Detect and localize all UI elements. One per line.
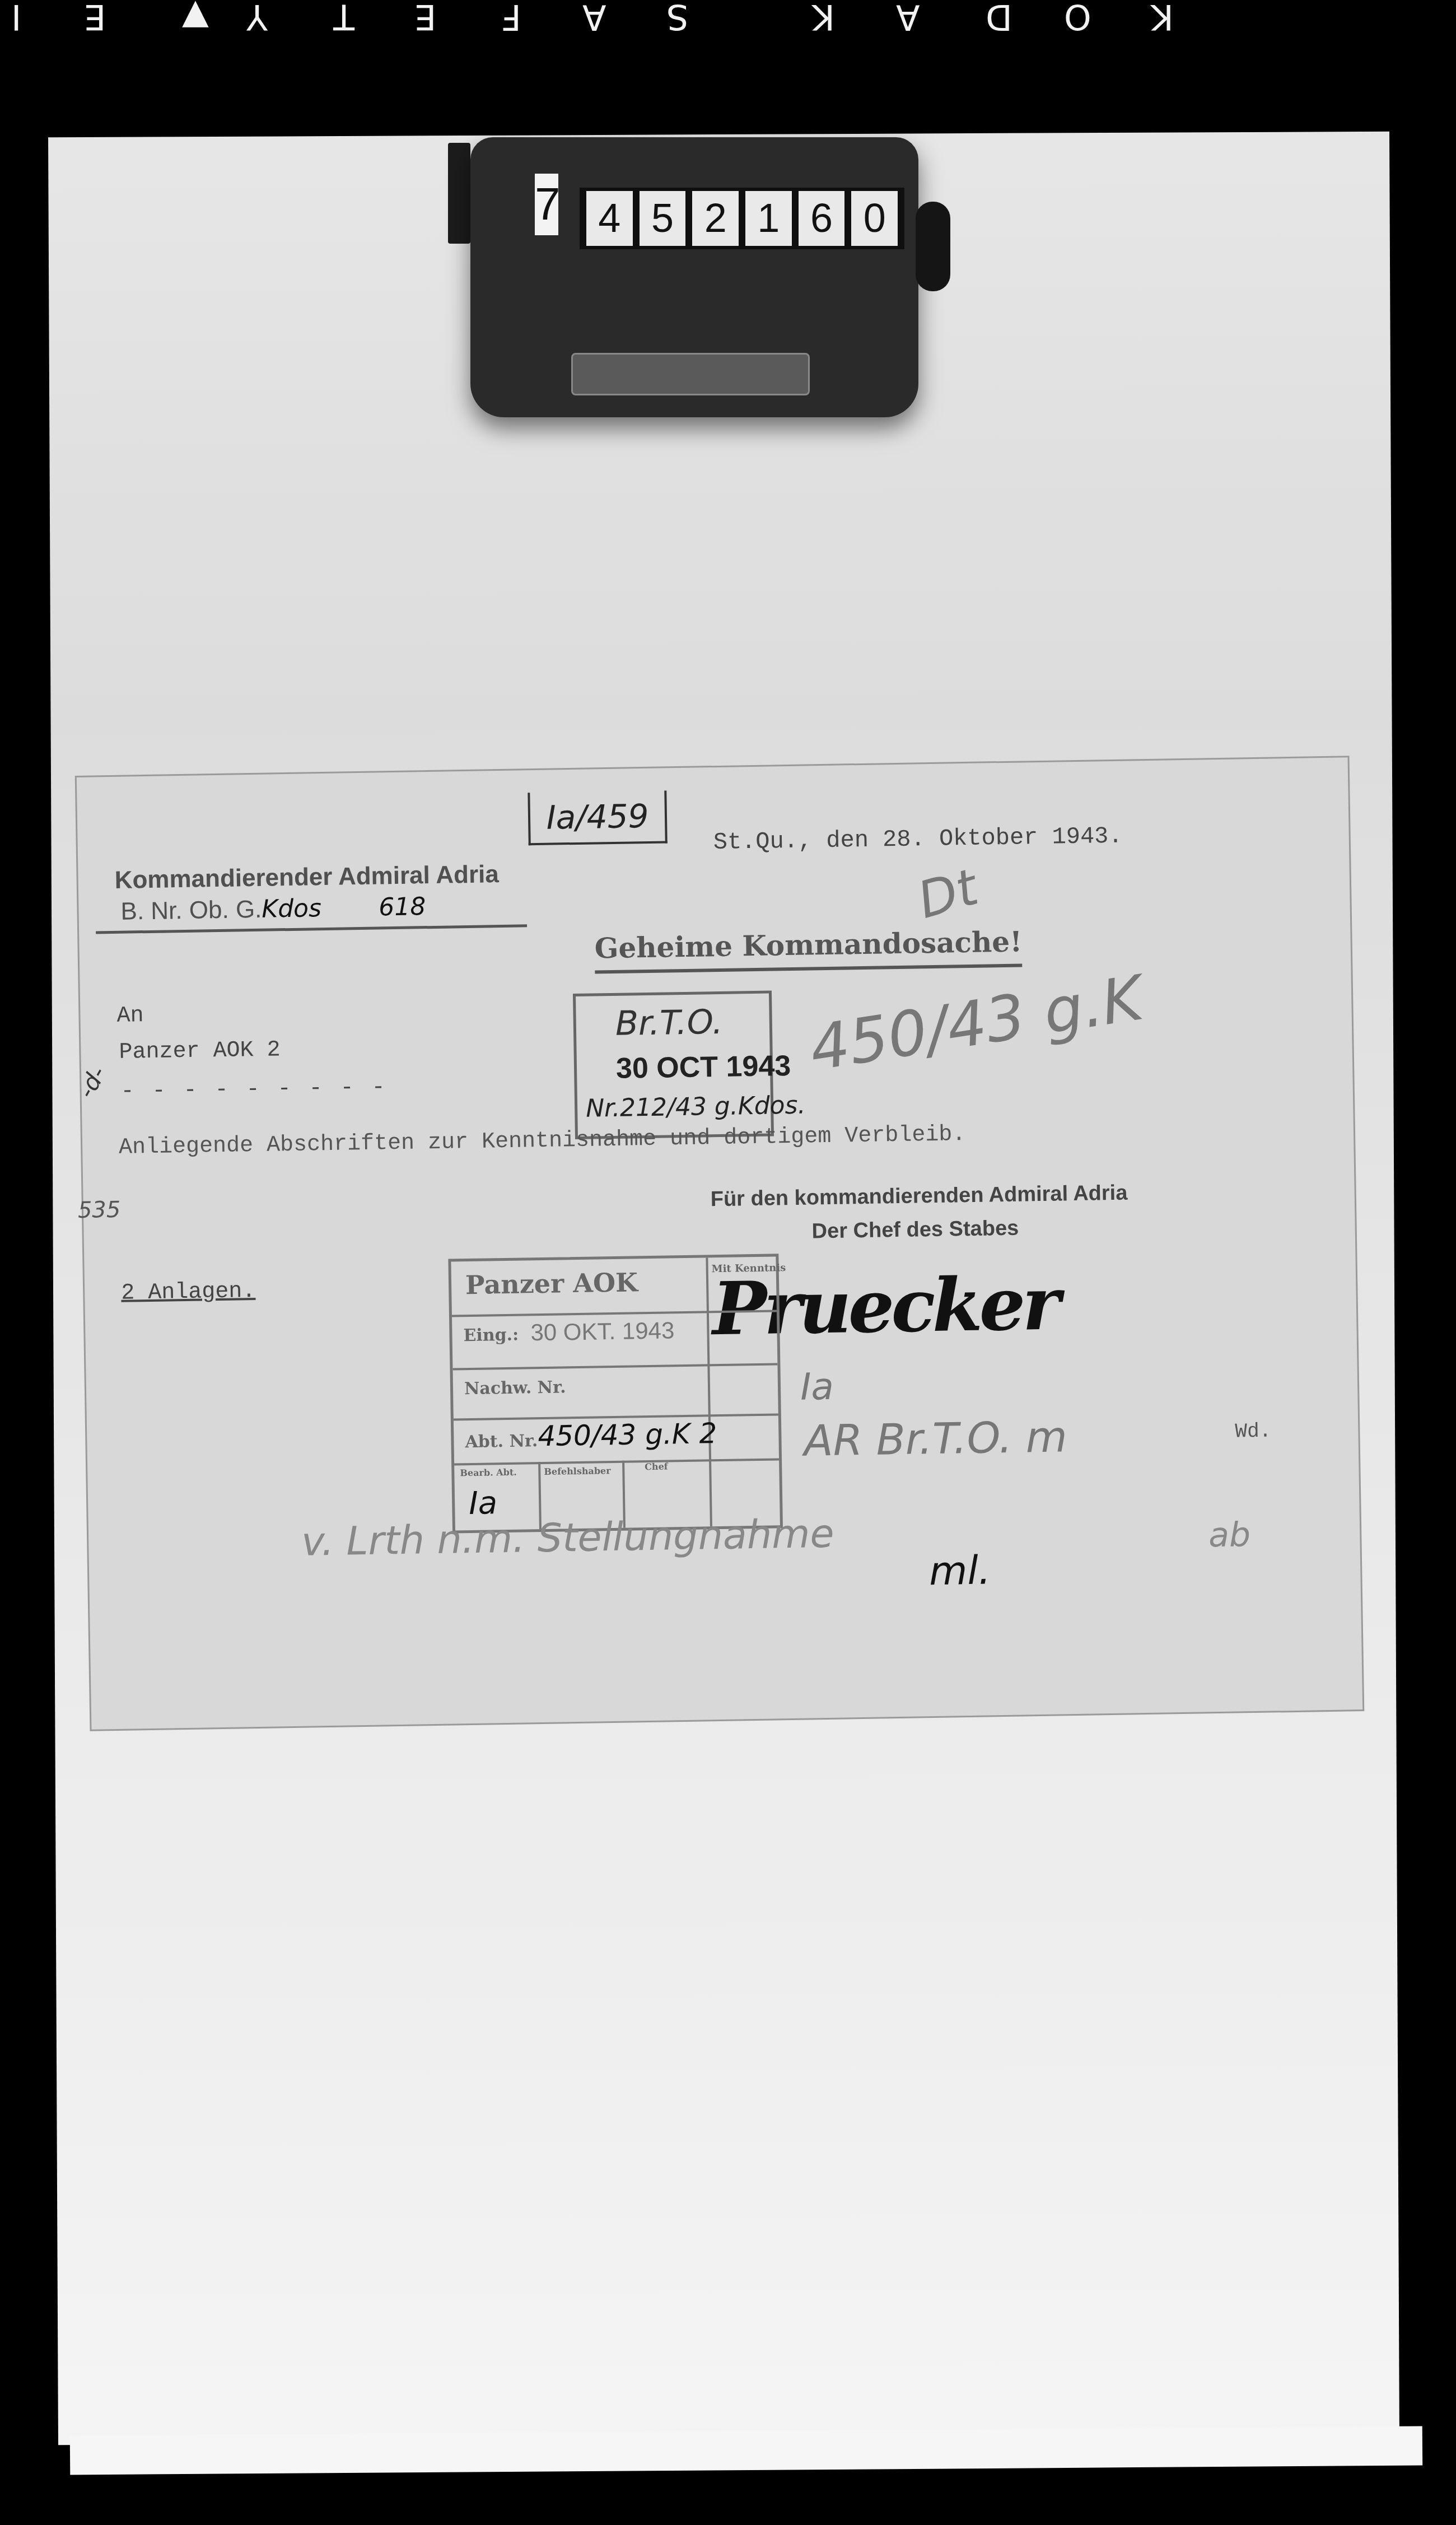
- film-edge-glyph: S: [666, 0, 688, 38]
- counter-digit: 1: [745, 191, 792, 246]
- reference-handwritten: Kdos: [262, 894, 321, 924]
- counter-nameplate: [571, 353, 810, 395]
- film-edge-glyph: E: [84, 0, 106, 38]
- annotation-bottom-initial: ml.: [929, 1547, 991, 1594]
- header-rule: [96, 924, 527, 934]
- recipient-separator: - - - - - - - - -: [120, 1075, 388, 1104]
- receipt-stamp-date: 30 OCT 1943: [616, 1049, 791, 1086]
- film-edge-glyph: I: [11, 0, 21, 38]
- column-header-chef: Chef: [645, 1461, 668, 1473]
- counter-digit: 5: [640, 191, 686, 246]
- enclosures-line: 2 Anlagen.: [121, 1279, 256, 1306]
- film-edge-glyph: A: [896, 0, 920, 38]
- place-date: St.Qu., den 28. Oktober 1943.: [713, 823, 1123, 856]
- counter-digit-window: 4 5 2 1 6 0: [580, 188, 904, 249]
- abt-value: 450/43 g.K 2: [538, 1417, 717, 1452]
- annotation-route: AR Br.T.O. m: [804, 1411, 1068, 1465]
- film-edge-glyph: T: [333, 0, 354, 38]
- recipient-label: An: [116, 1003, 144, 1029]
- entry-date-value: 30 OKT. 1943: [530, 1317, 675, 1346]
- entry-date-label: Eing.:: [463, 1325, 519, 1346]
- annotation-bottom-right: ab: [1208, 1515, 1251, 1555]
- film-edge-glyph: K: [812, 0, 835, 38]
- film-edge-glyph: ▼: [182, 0, 209, 38]
- letter-body: Anliegende Abschriften zur Kenntnisnahme…: [119, 1122, 966, 1161]
- counter-digit: 6: [799, 191, 845, 246]
- film-edge-glyph: O: [1064, 0, 1091, 38]
- column-header-befehlshaber: Befehlshaber: [544, 1465, 611, 1477]
- stamp-row-line: [454, 1458, 779, 1465]
- counter-digit: 2: [692, 191, 739, 246]
- film-edge-glyph: D: [986, 0, 1012, 38]
- film-edge-glyph: A: [582, 0, 606, 38]
- reference-number: 618: [379, 892, 426, 921]
- film-edge-glyph: Y: [246, 0, 268, 38]
- counter-prefix-card: 7: [535, 174, 558, 235]
- reference-label: B. Nr. Ob. G.: [120, 896, 262, 925]
- handwritten-reference: 450/43 g.K: [805, 962, 1147, 1084]
- film-edge-marking: I E ▼ Y T E F A S K A D O K: [0, 0, 1456, 67]
- counter-digit: 0: [851, 191, 898, 246]
- nachw-label: Nachw. Nr.: [464, 1377, 566, 1399]
- film-edge-glyph: K: [1151, 0, 1174, 38]
- annotation-bottom-note: v. Lrth n.m. Stellungnahme: [301, 1511, 834, 1565]
- entry-stamp: Panzer AOK Mit Kenntnis Eing.: 30 OKT. 1…: [448, 1254, 783, 1533]
- entry-stamp-title: Panzer AOK: [465, 1267, 638, 1300]
- film-edge-glyph: F: [501, 0, 521, 38]
- classification-heading: Geheime Kommandosache!: [594, 925, 1023, 973]
- counter-digit: 4: [586, 191, 633, 246]
- receipt-stamp-office: Br.T.O.: [615, 1003, 723, 1043]
- stamp-row-line: [452, 1310, 777, 1317]
- letter-document: Kommandierender Admiral Adria B. Nr. Ob.…: [77, 757, 1362, 1729]
- receipt-stamp-number: Nr.212/43 g.Kdos.: [586, 1091, 806, 1123]
- stamp-divider: [706, 1257, 712, 1526]
- annotation-ia: Ia: [800, 1365, 834, 1409]
- frame-counter: 7 4 5 2 1 6 0: [448, 137, 1109, 428]
- receipt-stamp: Br.T.O. 30 OCT 1943 Nr.212/43 g.Kdos.: [573, 990, 774, 1139]
- counter-lever: [448, 143, 470, 244]
- annotation-wd: Wd.: [1235, 1420, 1271, 1443]
- signature-for-line: Für den kommandierenden Admiral Adria: [710, 1181, 1127, 1212]
- boxed-reference: Ia/459: [528, 790, 667, 845]
- handwritten-initials: Dt: [912, 858, 984, 930]
- recipient-name: Panzer AOK 2: [119, 1037, 281, 1065]
- sender-heading: Kommandierender Admiral Adria: [114, 860, 499, 895]
- counter-knob: [916, 202, 950, 291]
- signature-title: Der Chef des Stabes: [811, 1217, 1019, 1244]
- film-edge-glyph: E: [414, 0, 436, 38]
- stamp-row-line: [452, 1363, 777, 1370]
- abt-label: Abt. Nr.: [465, 1431, 538, 1452]
- margin-number: 535: [78, 1197, 121, 1223]
- entry-stamp-side-header: Mit Kenntnis: [712, 1262, 773, 1275]
- reference-line: B. Nr. Ob. G.Kdos 618: [120, 892, 426, 926]
- counter-body: 7 4 5 2 1 6 0: [470, 137, 918, 417]
- column-header-bearb: Bearb. Abt.: [460, 1467, 517, 1479]
